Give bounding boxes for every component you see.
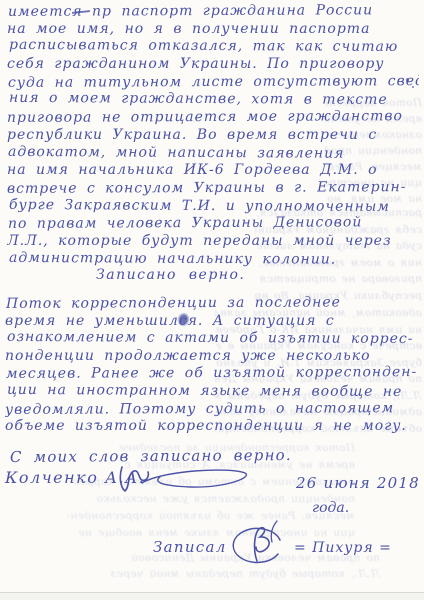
page-bottom-edge: [0, 592, 424, 600]
handwritten-line: объеме изъятой корреспонденции я не могу…: [5, 418, 420, 436]
handwritten-line: встрече с консулом Украины в г. Екатерин…: [7, 179, 419, 198]
handwritten-line: месяцев. Ранее же об изъятой корреспонде…: [6, 364, 420, 383]
handwritten-line: расписываться отказался, так как считаю: [9, 37, 419, 57]
recorder-name: = Пихуря =: [294, 540, 392, 556]
handwritten-line: по правам человека Украины Денисовой: [8, 214, 419, 233]
handwritten-line: адвокатом, мной написаны заявления: [8, 143, 419, 163]
handwritten-line: бурге Закраявским Т.И. и уполномоченным: [9, 196, 419, 216]
handwritten-line: ции на иностранном языке меня вообще не: [7, 382, 420, 402]
recorded-by-label: Записал: [153, 538, 227, 556]
ink-speck: [406, 78, 409, 82]
handwritten-line: на мое имя, но я в получении паспорта: [7, 21, 419, 39]
handwritten-line: ния о моем гражданстве, хотя в тексте: [9, 90, 419, 110]
handwritten-line: уведомляли. Поэтому судить о настоящем: [5, 400, 420, 419]
bleedthrough-line: Л.Л., которые будут переданы мной через: [25, 566, 380, 582]
document-date-suffix: года.: [312, 500, 349, 516]
handwritten-line: республики Украина. Во время встречи с: [7, 127, 419, 145]
handwritten-line: имеется пр паспорт гражданина России: [8, 2, 419, 21]
handwritten-line: приговора не отрицается мое гражданство: [7, 108, 419, 127]
bleedthrough-line: месяцев. Ранее же об изъятой корреспонде…: [55, 508, 355, 525]
handwritten-line: Поток корреспонденции за последнее: [6, 294, 420, 313]
bleedthrough-line: приговора не отрицается мое гражданство: [255, 271, 422, 288]
handwritten-line: понденции продолжается уже несколько: [5, 348, 420, 366]
paragraph-correspondence: Поток корреспонденции за последнее время…: [5, 295, 420, 436]
handwritten-line: себя гражданином Украины. По приговору: [7, 56, 419, 74]
scanned-handwritten-page: Поток корреспонденции за последнее время…: [0, 0, 424, 600]
ink-speck: [412, 86, 414, 88]
paragraph-passport-citizenship: имеется пр паспорт гражданина России на …: [7, 3, 419, 268]
handwritten-line: время не уменьшился. А ситуация с: [5, 313, 420, 331]
signatory-signature-icon: [112, 460, 252, 500]
attestation-recorded-correctly: Записано верно.: [96, 267, 245, 283]
handwritten-line: Л.Л., которые будут переданы мной через: [7, 233, 419, 251]
document-date: 26 июня 2018: [296, 474, 420, 492]
recorder-signature-icon: [228, 516, 292, 570]
handwritten-line: на имя начальника ИК-6 Гордеева Д.М. о: [7, 162, 419, 180]
handwritten-line: ознакомлением с актами об изъятии коррес…: [7, 329, 420, 349]
